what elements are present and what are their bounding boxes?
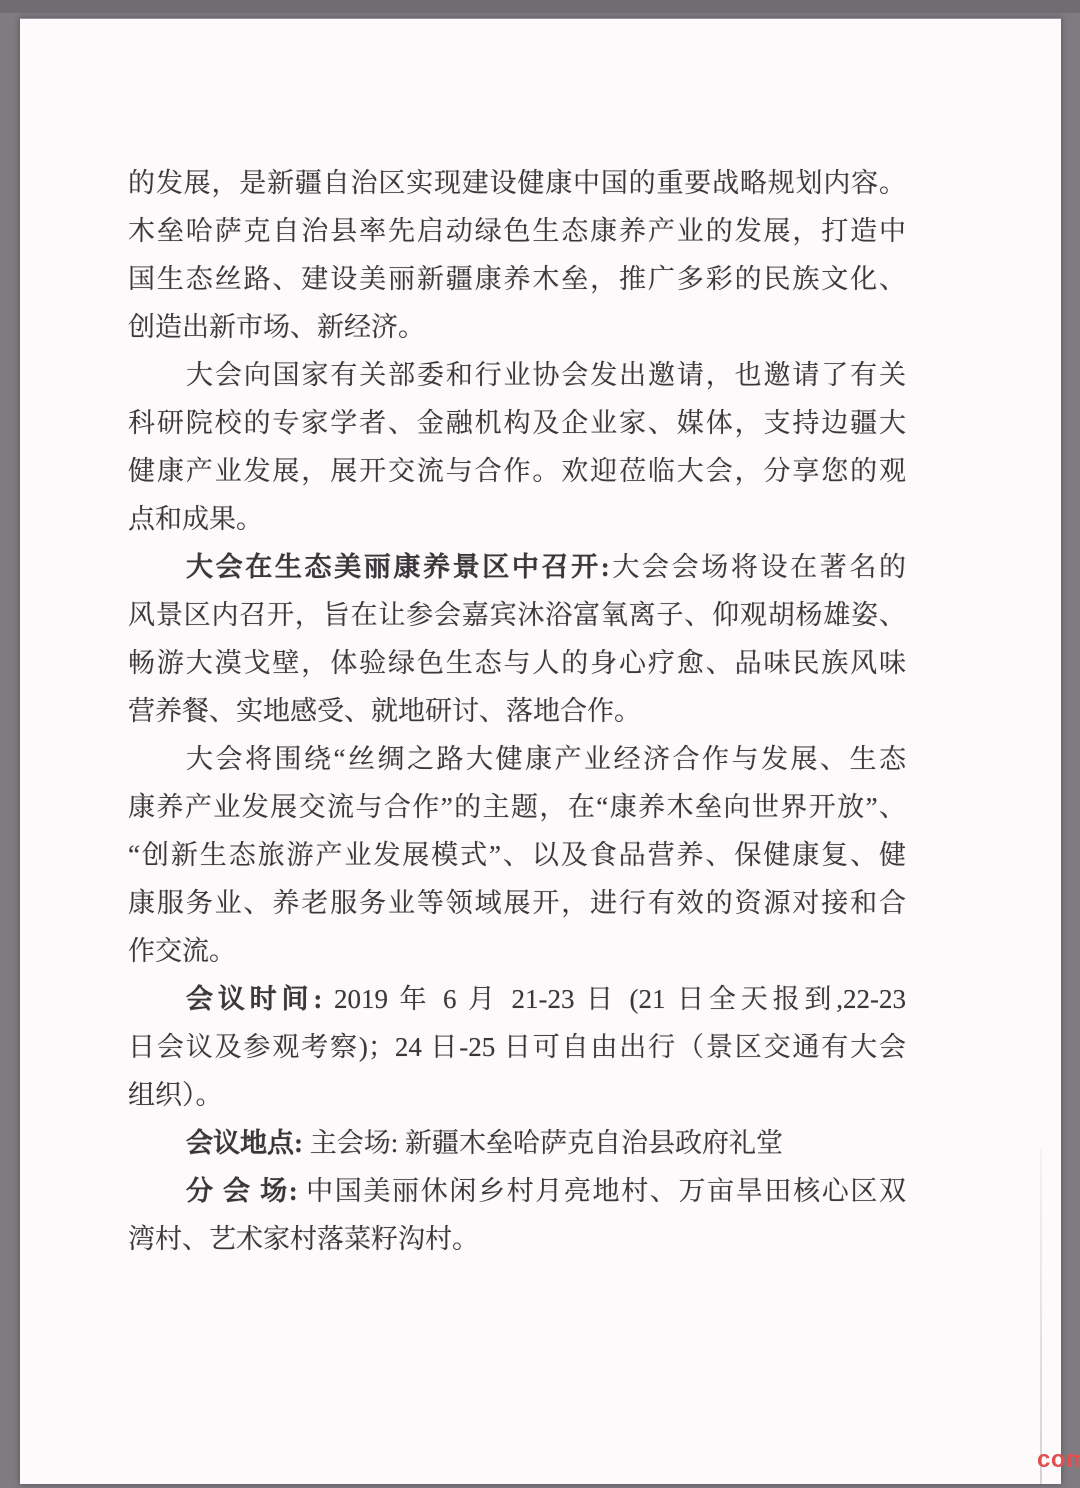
- text-line: 健康产业发展，展开交流与合作。欢迎莅临大会，分享您的观: [128, 447, 906, 495]
- text-line: 风景区内召开，旨在让参会嘉宾沐浴富氧离子、仰观胡杨雄姿、: [128, 591, 906, 639]
- body-text: 大会将围绕“丝绸之路大健康产业经济合作与发展、生态: [186, 744, 906, 774]
- body-text: 湾村、艺术家村落菜籽沟村。: [128, 1224, 479, 1254]
- body-text: 木垒哈萨克自治县率先启动绿色生态康养产业的发展，打造中: [128, 216, 906, 246]
- body-text: 大会会场将设在著名的: [610, 552, 906, 582]
- text-line: 科研院校的专家学者、金融机构及企业家、媒体，支持边疆大: [128, 399, 906, 447]
- background-top-strip: [0, 0, 1080, 13]
- text-line: 点和成果。: [128, 495, 906, 543]
- body-text: “创新生态旅游产业发展模式”、以及食品营养、保健康复、健: [128, 840, 906, 870]
- body-text: 康服务业、养老服务业等领域展开，进行有效的资源对接和合: [128, 888, 906, 918]
- text-line: 畅游大漠戈壁，体验绿色生态与人的身心疗愈、品味民族风味: [128, 639, 906, 687]
- label-text: 分 会 场:: [186, 1176, 298, 1206]
- text-line: 创造出新市场、新经济。: [128, 303, 906, 351]
- text-line: 康服务业、养老服务业等领域展开，进行有效的资源对接和合: [128, 879, 906, 927]
- body-text: 畅游大漠戈壁，体验绿色生态与人的身心疗愈、品味民族风味: [128, 648, 906, 678]
- body-text: 的发展，是新疆自治区实现建设健康中国的重要战略规划内容。: [128, 168, 906, 198]
- screenshot-root: 的发展，是新疆自治区实现建设健康中国的重要战略规划内容。木垒哈萨克自治县率先启动…: [0, 0, 1080, 1488]
- text-line: 康养产业发展交流与合作”的主题，在“康养木垒向世界开放”、: [128, 783, 906, 831]
- body-text: 科研院校的专家学者、金融机构及企业家、媒体，支持边疆大: [128, 408, 906, 438]
- text-line: 组织）。: [128, 1071, 906, 1119]
- text-line: 大会将围绕“丝绸之路大健康产业经济合作与发展、生态: [128, 735, 906, 783]
- text-line: 会议时间: 2019 年 6 月 21-23 日 (21 日全天报到,22-23: [128, 975, 906, 1023]
- text-line: 日会议及参观考察)；24 日-25 日可自由出行（景区交通有大会: [128, 1023, 906, 1071]
- body-text: 点和成果。: [128, 504, 263, 534]
- text-line: “创新生态旅游产业发展模式”、以及食品营养、保健康复、健: [128, 831, 906, 879]
- document-text: 的发展，是新疆自治区实现建设健康中国的重要战略规划内容。木垒哈萨克自治县率先启动…: [128, 159, 906, 1263]
- text-line: 作交流。: [128, 927, 906, 975]
- text-line: 大会向国家有关部委和行业协会发出邀请，也邀请了有关: [128, 351, 906, 399]
- body-text: 主会场: 新疆木垒哈萨克自治县政府礼堂: [303, 1128, 783, 1158]
- label-text: 大会在生态美丽康养景区中召开:: [186, 552, 610, 582]
- text-line: 大会在生态美丽康养景区中召开:大会会场将设在著名的: [128, 543, 906, 591]
- text-line: 营养餐、实地感受、就地研讨、落地合作。: [128, 687, 906, 735]
- text-line: 国生态丝路、建设美丽新疆康养木垒，推广多彩的民族文化、: [128, 255, 906, 303]
- body-text: 健康产业发展，展开交流与合作。欢迎莅临大会，分享您的观: [128, 456, 906, 486]
- watermark-text: com: [1037, 1446, 1080, 1474]
- body-text: 营养餐、实地感受、就地研讨、落地合作。: [128, 696, 641, 726]
- page-crease: [1040, 1149, 1042, 1484]
- body-text: 2019 年 6 月 21-23 日 (21 日全天报到,22-23: [322, 984, 906, 1014]
- document-page: 的发展，是新疆自治区实现建设健康中国的重要战略规划内容。木垒哈萨克自治县率先启动…: [20, 18, 1061, 1484]
- body-text: 组织）。: [128, 1080, 223, 1110]
- body-text: 国生态丝路、建设美丽新疆康养木垒，推广多彩的民族文化、: [128, 264, 906, 294]
- body-text: 日会议及参观考察)；24 日-25 日可自由出行（景区交通有大会: [128, 1032, 906, 1062]
- body-text: 创造出新市场、新经济。: [128, 312, 425, 342]
- label-text: 会议地点:: [186, 1128, 303, 1158]
- text-line: 木垒哈萨克自治县率先启动绿色生态康养产业的发展，打造中: [128, 207, 906, 255]
- text-line: 分 会 场: 中国美丽休闲乡村月亮地村、万亩旱田核心区双: [128, 1167, 906, 1215]
- text-line: 的发展，是新疆自治区实现建设健康中国的重要战略规划内容。: [128, 159, 906, 207]
- body-text: 大会向国家有关部委和行业协会发出邀请，也邀请了有关: [186, 360, 906, 390]
- body-text: 作交流。: [128, 936, 236, 966]
- body-text: 中国美丽休闲乡村月亮地村、万亩旱田核心区双: [298, 1176, 906, 1206]
- text-line: 会议地点: 主会场: 新疆木垒哈萨克自治县政府礼堂: [128, 1119, 906, 1167]
- label-text: 会议时间:: [186, 984, 322, 1014]
- text-line: 湾村、艺术家村落菜籽沟村。: [128, 1215, 906, 1263]
- body-text: 康养产业发展交流与合作”的主题，在“康养木垒向世界开放”、: [128, 792, 906, 822]
- body-text: 风景区内召开，旨在让参会嘉宾沐浴富氧离子、仰观胡杨雄姿、: [128, 600, 906, 630]
